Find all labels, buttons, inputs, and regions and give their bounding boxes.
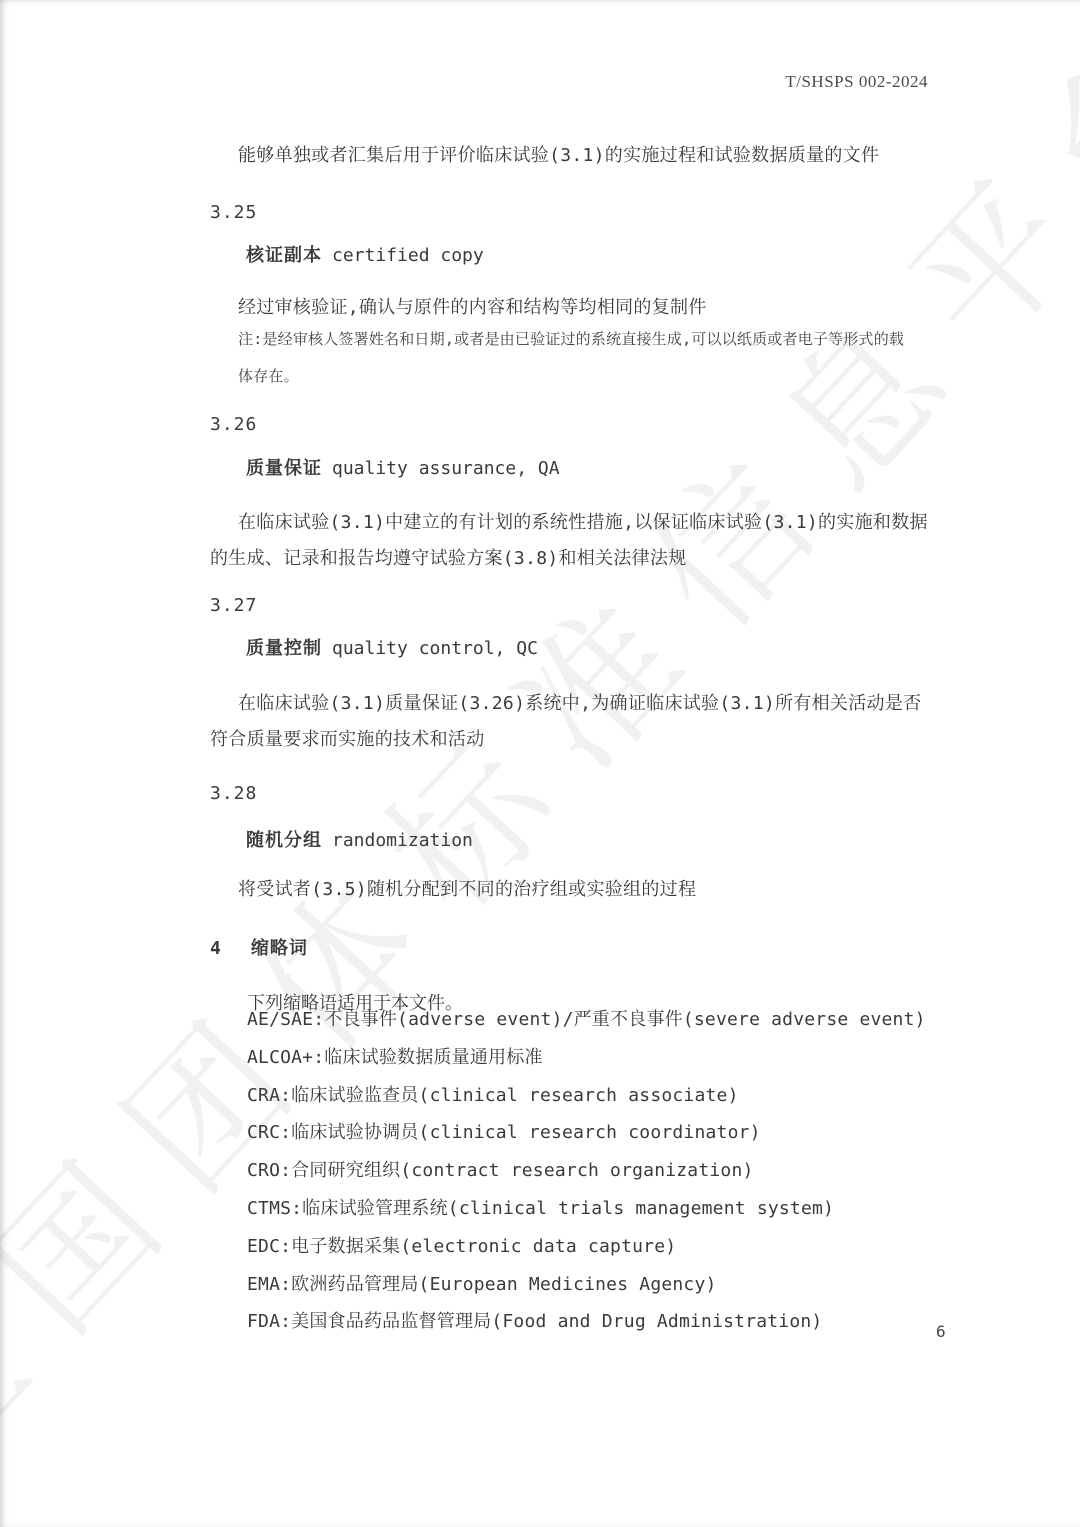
abbreviation-item: FDA:美国食品药品监督管理局(Food and Drug Administra… xyxy=(247,1312,971,1332)
intro-paragraph: 能够单独或者汇集后用于评价临床试验(3.1)的实施过程和试验数据质量的文件 xyxy=(210,146,934,166)
term-title-cn: 随机分组 xyxy=(246,830,322,851)
abbreviation-item: CRO:合同研究组织(contract research organizatio… xyxy=(247,1161,971,1181)
abbreviation-item: EMA:欧洲药品管理局(European Medicines Agency) xyxy=(247,1275,971,1295)
term-title: 质量控制quality control, QC xyxy=(210,639,970,659)
term-title-en: quality assurance, QA xyxy=(332,458,560,479)
section-number: 4 xyxy=(210,938,221,959)
abbreviation-item: EDC:电子数据采集(electronic data capture) xyxy=(247,1237,971,1257)
term-number: 3.28 xyxy=(210,784,934,804)
term-definition: 在临床试验(3.1)中建立的有计划的系统性措施,以保证临床试验(3.1)的实施和… xyxy=(210,505,934,577)
term-definition: 在临床试验(3.1)质量保证(3.26)系统中,为确证临床试验(3.1)所有相关… xyxy=(210,686,934,758)
abbreviation-item: CRA:临床试验监查员(clinical research associate) xyxy=(247,1086,971,1106)
term-number: 3.27 xyxy=(210,596,934,616)
abbreviation-list: AE/SAE:不良事件(adverse event)/严重不良事件(severe… xyxy=(247,1010,971,1350)
term-title-en: randomization xyxy=(332,830,473,851)
term-note: 注:是经审核人签署姓名和日期,或者是由已验证过的系统直接生成,可以以纸质或者电子… xyxy=(238,321,910,395)
term-title: 质量保证quality assurance, QA xyxy=(210,459,970,479)
term-title-cn: 质量保证 xyxy=(246,458,322,479)
section-heading: 4缩略词 xyxy=(210,939,934,959)
term-title: 核证副本certified copy xyxy=(210,246,970,266)
page-number: 6 xyxy=(936,1322,946,1341)
term-definition: 将受试者(3.5)随机分配到不同的治疗组或实验组的过程 xyxy=(210,880,934,900)
term-number: 3.25 xyxy=(210,203,934,223)
document-page: 全国团体标准信息平台 T/SHSPS 002-2024 能够单独或者汇集后用于评… xyxy=(0,0,1080,1527)
term-number: 3.26 xyxy=(210,415,934,435)
abbreviation-item: ALCOA+:临床试验数据质量通用标准 xyxy=(247,1048,971,1068)
section-title: 缩略词 xyxy=(251,938,308,959)
term-title: 随机分组randomization xyxy=(210,831,970,851)
abbreviation-item: CTMS:临床试验管理系统(clinical trials management… xyxy=(247,1199,971,1219)
term-definition: 经过审核验证,确认与原件的内容和结构等均相同的复制件 xyxy=(210,298,934,318)
term-title-en: quality control, QC xyxy=(332,638,538,659)
term-title-cn: 质量控制 xyxy=(246,638,322,659)
header-doc-code: T/SHSPS 002-2024 xyxy=(785,72,928,92)
term-title-cn: 核证副本 xyxy=(246,245,322,266)
term-title-en: certified copy xyxy=(332,245,484,266)
abbreviation-item: AE/SAE:不良事件(adverse event)/严重不良事件(severe… xyxy=(247,1010,971,1030)
abbreviation-item: CRC:临床试验协调员(clinical research coordinato… xyxy=(247,1123,971,1143)
